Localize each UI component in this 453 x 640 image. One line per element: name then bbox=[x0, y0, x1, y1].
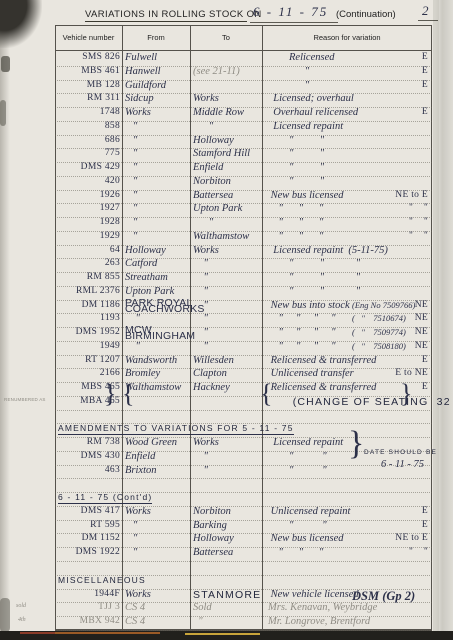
cell-vehicle-number: 1929 bbox=[57, 231, 126, 241]
scan-edge-mark bbox=[0, 100, 6, 126]
cell-vehicle-number: 1928 bbox=[57, 217, 126, 227]
header-bottom-border bbox=[55, 50, 432, 51]
cell-status-mark: E bbox=[374, 506, 432, 516]
cell-vehicle-number: 1193 bbox=[57, 313, 126, 323]
cell-to: Holloway bbox=[193, 533, 260, 544]
cell-to: Middle Row bbox=[193, 107, 260, 118]
cell-vehicle-number: 1927 bbox=[57, 203, 126, 213]
cell-vehicle-number: TJJ 3 bbox=[57, 602, 126, 612]
cell-from: " bbox=[125, 313, 189, 324]
cell-to: STANMORE bbox=[193, 589, 260, 601]
cell-to: Works bbox=[193, 437, 260, 448]
cell-status-mark: E bbox=[374, 66, 432, 76]
scan-bottom-streak bbox=[20, 632, 55, 634]
margin-note-sold: sold bbox=[16, 603, 26, 609]
brace-mark-group: } bbox=[400, 381, 412, 407]
table-row: 1949 " " " " " "( " 7508180)NE bbox=[55, 341, 432, 356]
brace-amendments: } bbox=[348, 427, 364, 461]
cell-from: " bbox=[125, 533, 189, 544]
cell-vehicle-number: RM 738 bbox=[57, 437, 126, 447]
cell-to: Barking bbox=[193, 520, 260, 531]
empty-ruled-line bbox=[55, 478, 432, 493]
cell-status-mark: NE to E bbox=[374, 190, 432, 200]
cell-from: " bbox=[125, 162, 189, 173]
cell-reason: " " bbox=[268, 162, 438, 173]
table-row: RML 2376Upton Park " " " " bbox=[55, 286, 432, 301]
cell-from: " bbox=[125, 217, 189, 228]
scan-corner-blob bbox=[0, 0, 42, 48]
cell-reason: " " " bbox=[268, 272, 438, 283]
cell-from: Streatham bbox=[125, 272, 189, 283]
cell-reason: Licensed; overhaul bbox=[268, 93, 438, 104]
table-row: 1928 " " " " "" " bbox=[55, 217, 432, 232]
section-header-row: AMENDMENTS TO VARIATIONS FOR 5 - 11 - 75 bbox=[55, 423, 432, 438]
table-row: 463Brixton " " " bbox=[55, 465, 432, 480]
cell-to: " bbox=[193, 451, 260, 462]
cell-vehicle-number: 1944F bbox=[57, 589, 126, 599]
cell-vehicle-number: RT 595 bbox=[57, 520, 126, 530]
cell-from: CS 4 bbox=[125, 602, 189, 613]
table-row: MBX 942CS 4 "Mr. Longrove, Brentford bbox=[55, 616, 432, 631]
cell-status-mark: NE bbox=[374, 327, 432, 337]
cell-to: Norbiton bbox=[193, 176, 260, 187]
cell-from: CS 4 bbox=[125, 616, 189, 627]
cell-vehicle-number: 463 bbox=[57, 465, 126, 475]
cell-from: Bromley bbox=[125, 368, 189, 379]
header-from: From bbox=[123, 25, 189, 50]
brace-reason-group: { bbox=[260, 381, 272, 407]
cell-to: " bbox=[193, 616, 260, 627]
cell-from: Wandsworth bbox=[125, 355, 189, 366]
cell-vehicle-number: DM 1152 bbox=[57, 533, 126, 543]
table-row: 1929 "Walthamstow " " "" " bbox=[55, 231, 432, 246]
cell-from: " bbox=[125, 121, 189, 132]
cell-vehicle-number: RM 855 bbox=[57, 272, 126, 282]
brace-vehicle-group: } bbox=[104, 381, 116, 407]
cell-status-mark: " " bbox=[374, 203, 432, 213]
cell-from: " bbox=[125, 176, 189, 187]
cell-reason-right: DSM (Gp 2) bbox=[352, 589, 432, 604]
cell-from: Holloway bbox=[125, 245, 189, 256]
cell-from: Upton Park bbox=[125, 286, 189, 297]
header-reason: Reason for variation bbox=[263, 25, 431, 50]
cell-status-mark: " " bbox=[374, 217, 432, 227]
cell-status-mark: E bbox=[374, 520, 432, 530]
table-row: 263Catford " " " " bbox=[55, 258, 432, 273]
table-row: RT 1207WandsworthWillesden Relicensed & … bbox=[55, 355, 432, 370]
cell-reason: " " bbox=[268, 176, 438, 187]
cell-vehicle-number: DM 1186 bbox=[57, 300, 126, 310]
table-row: DM 1152 "Holloway New bus licensedNE to … bbox=[55, 533, 432, 548]
cell-from: Works bbox=[125, 589, 189, 600]
cell-from: Enfield bbox=[125, 451, 189, 462]
table-row: RT 595 "Barking " "E bbox=[55, 520, 432, 535]
cell-to: Works bbox=[193, 93, 260, 104]
cell-from: " bbox=[125, 148, 189, 159]
cell-from: Works bbox=[125, 506, 189, 517]
cell-from: Works bbox=[125, 107, 189, 118]
cell-from: " bbox=[125, 520, 189, 531]
cell-vehicle-number: MBX 942 bbox=[57, 616, 126, 626]
cell-vehicle-number: SMS 826 bbox=[57, 52, 126, 62]
page-number: 2 bbox=[422, 3, 429, 19]
cell-reason: Licensed repaint (5-11-75) bbox=[268, 245, 438, 256]
cell-vehicle-number: 420 bbox=[57, 176, 126, 186]
note-corrected-date: 6 - 11 - 75 bbox=[381, 459, 424, 470]
cell-vehicle-number: 775 bbox=[57, 148, 126, 158]
cell-to: Walthamstow bbox=[193, 231, 260, 242]
cell-from: Wood Green bbox=[125, 437, 189, 448]
cell-vehicle-number: 686 bbox=[57, 135, 126, 145]
cell-status-mark: E bbox=[374, 80, 432, 90]
cell-to: Sold bbox=[193, 602, 260, 613]
cell-from: MCW BIRMINGHAM bbox=[125, 327, 189, 339]
page-date: 6 - 11 - 75 bbox=[253, 4, 328, 20]
cell-to: " bbox=[193, 286, 260, 297]
continuation-label: (Continuation) bbox=[336, 9, 396, 20]
table-row: 1926 "Battersea New bus licensedNE to E bbox=[55, 190, 432, 205]
cell-to: " bbox=[193, 272, 260, 283]
cell-from: Catford bbox=[125, 258, 189, 269]
cell-to: Battersea bbox=[193, 190, 260, 201]
cell-status-mark: NE bbox=[374, 341, 432, 351]
table-row: DM 1186PARK ROYAL COACHWORKS " New bus i… bbox=[55, 300, 432, 315]
cell-vehicle-number: RT 1207 bbox=[57, 355, 126, 365]
table-row: 1748WorksMiddle Row Overhaul relicensedE bbox=[55, 107, 432, 122]
scanned-ledger-page: VARIATIONS IN ROLLING STOCK ON 6 - 11 - … bbox=[0, 0, 453, 640]
pageno-underline bbox=[418, 20, 438, 21]
table-row: 64HollowayWorks Licensed repaint (5-11-7… bbox=[55, 245, 432, 260]
table-row: TJJ 3CS 4SoldMrs. Kenavan, Weybridge bbox=[55, 602, 432, 617]
scan-edge-mark bbox=[0, 598, 10, 632]
cell-vehicle-number: 858 bbox=[57, 121, 126, 131]
cell-reason: " " " bbox=[268, 286, 438, 297]
cell-reason: " " bbox=[268, 135, 438, 146]
page-title: VARIATIONS IN ROLLING STOCK ON bbox=[85, 9, 262, 20]
cell-from: Hanwell bbox=[125, 66, 189, 77]
cell-to: " bbox=[193, 300, 260, 311]
cell-from: Walthamstow bbox=[125, 382, 189, 393]
scan-bottom-streak bbox=[55, 632, 160, 634]
table-row: RM 855Streatham " " " " bbox=[55, 272, 432, 287]
table-row: 1193 " " " " " "( " 7510674)NE bbox=[55, 313, 432, 328]
cell-reason: " " bbox=[268, 148, 438, 159]
scan-left-shadow bbox=[0, 0, 10, 640]
cell-from: " bbox=[125, 190, 189, 201]
margin-note-renumbered: RENUMBERED AS bbox=[4, 397, 46, 402]
cell-vehicle-number: DMS 429 bbox=[57, 162, 126, 172]
cell-from: Sidcup bbox=[125, 93, 189, 104]
cell-to: Stamford Hill bbox=[193, 148, 260, 159]
table-row: SMS 826Fulwell RelicensedE bbox=[55, 52, 432, 67]
date-underline bbox=[250, 22, 338, 23]
cell-vehicle-number: 2166 bbox=[57, 368, 126, 378]
cell-vehicle-number: MBS 461 bbox=[57, 66, 126, 76]
cell-status-mark: E bbox=[374, 52, 432, 62]
cell-reason: (CHANGE OF SEATING 32 to 25) bbox=[268, 396, 438, 408]
table-row: 858 " " Licensed repaint bbox=[55, 121, 432, 136]
cell-status-mark: NE bbox=[374, 313, 432, 323]
table-row: DMS 417WorksNorbiton Unlicensed repaintE bbox=[55, 506, 432, 521]
cell-to: " bbox=[193, 217, 260, 228]
cell-vehicle-number: DMS 1922 bbox=[57, 547, 126, 557]
cell-status-mark: E bbox=[374, 355, 432, 365]
cell-from: " bbox=[125, 231, 189, 242]
cell-vehicle-number: 263 bbox=[57, 258, 126, 268]
table-row: DMS 429 "Enfield " " bbox=[55, 162, 432, 177]
cell-status-mark: " " bbox=[374, 547, 432, 557]
table-row: RM 311SidcupWorks Licensed; overhaul bbox=[55, 93, 432, 108]
cell-status-mark: E to NE bbox=[374, 368, 432, 378]
cell-from: PARK ROYAL COACHWORKS bbox=[125, 300, 189, 312]
section-label: 6 - 11 - 75 (Cont'd) bbox=[58, 492, 152, 504]
cell-to: " bbox=[193, 121, 260, 132]
title-underline bbox=[85, 21, 247, 22]
cell-from: " bbox=[125, 547, 189, 558]
cell-to: Enfield bbox=[193, 162, 260, 173]
cell-reason: " " " bbox=[268, 258, 438, 269]
cell-from: Fulwell bbox=[125, 52, 189, 63]
cell-to: Norbiton bbox=[193, 506, 260, 517]
cell-from: Brixton bbox=[125, 465, 189, 476]
cell-from: " bbox=[125, 203, 189, 214]
cell-to: (see 21-11) bbox=[193, 66, 260, 77]
cell-to: " bbox=[193, 258, 260, 269]
note-date-should-be: DATE SHOULD BE bbox=[364, 449, 437, 456]
header-to: To bbox=[191, 25, 261, 50]
cell-from: " bbox=[125, 135, 189, 146]
cell-to: Works bbox=[193, 245, 260, 256]
cell-vehicle-number: DMS 430 bbox=[57, 451, 126, 461]
empty-ruled-line bbox=[55, 561, 432, 576]
brace-from-group: { bbox=[122, 381, 134, 407]
cell-vehicle-number: 1949 bbox=[57, 341, 126, 351]
cell-to: " bbox=[193, 313, 260, 324]
cell-vehicle-number: RM 311 bbox=[57, 93, 126, 103]
cell-reason: Licensed repaint bbox=[268, 121, 438, 132]
cell-vehicle-number: 64 bbox=[57, 245, 126, 255]
cell-reason: Mrs. Kenavan, Weybridge bbox=[268, 602, 438, 613]
cell-to: " bbox=[193, 465, 260, 476]
cell-to: Upton Park bbox=[193, 203, 260, 214]
cell-to: Holloway bbox=[193, 135, 260, 146]
scan-bottom-streak bbox=[185, 633, 260, 635]
section-label: AMENDMENTS TO VARIATIONS FOR 5 - 11 - 75 bbox=[58, 423, 294, 435]
table-row: 686 "Holloway " " bbox=[55, 135, 432, 150]
section-header-row: 6 - 11 - 75 (Cont'd) bbox=[55, 492, 432, 507]
cell-vehicle-number: RML 2376 bbox=[57, 286, 126, 296]
margin-note-4th: 4th bbox=[18, 617, 26, 623]
cell-status-mark: NE bbox=[374, 300, 432, 310]
cell-to: Hackney bbox=[193, 382, 260, 393]
cell-to: " bbox=[193, 327, 260, 338]
cell-vehicle-number: DMS 417 bbox=[57, 506, 126, 516]
table-row: 775 "Stamford Hill " " bbox=[55, 148, 432, 163]
table-row: MBS 461Hanwell(see 21-11) "E bbox=[55, 66, 432, 81]
table-row: 420 "Norbiton " " bbox=[55, 176, 432, 191]
table-row: DMS 1922 "Battersea " " "" " bbox=[55, 547, 432, 562]
cell-status-mark: E bbox=[374, 107, 432, 117]
cell-vehicle-number: MB 128 bbox=[57, 80, 126, 90]
empty-ruled-line bbox=[55, 410, 432, 425]
cell-from: Guildford bbox=[125, 80, 189, 91]
cell-to: " bbox=[193, 341, 260, 352]
section-header-row: MISCELLANEOUS bbox=[55, 575, 432, 590]
cell-to: Battersea bbox=[193, 547, 260, 558]
cell-vehicle-number: 1926 bbox=[57, 190, 126, 200]
table-row: DMS 1952MCW BIRMINGHAM " " " " "( " 7509… bbox=[55, 327, 432, 342]
cell-status-mark: " " bbox=[374, 231, 432, 241]
cell-status-mark: NE to E bbox=[374, 533, 432, 543]
table-row: 1927 "Upton Park " " "" " bbox=[55, 203, 432, 218]
section-label: MISCELLANEOUS bbox=[58, 575, 146, 585]
cell-vehicle-number: DMS 1952 bbox=[57, 327, 126, 337]
scan-edge-mark bbox=[1, 56, 10, 72]
header-vehicle-number: Vehicle number bbox=[56, 25, 121, 50]
cell-to: Clapton bbox=[193, 368, 260, 379]
table-row: MB 128Guildford "E bbox=[55, 80, 432, 95]
cell-reason: Mr. Longrove, Brentford bbox=[268, 616, 438, 627]
cell-to: Willesden bbox=[193, 355, 260, 366]
cell-from: " bbox=[125, 341, 189, 352]
table-row: 1944FWorksSTANMORE New vehicle licensedD… bbox=[55, 589, 432, 604]
cell-vehicle-number: 1748 bbox=[57, 107, 126, 117]
